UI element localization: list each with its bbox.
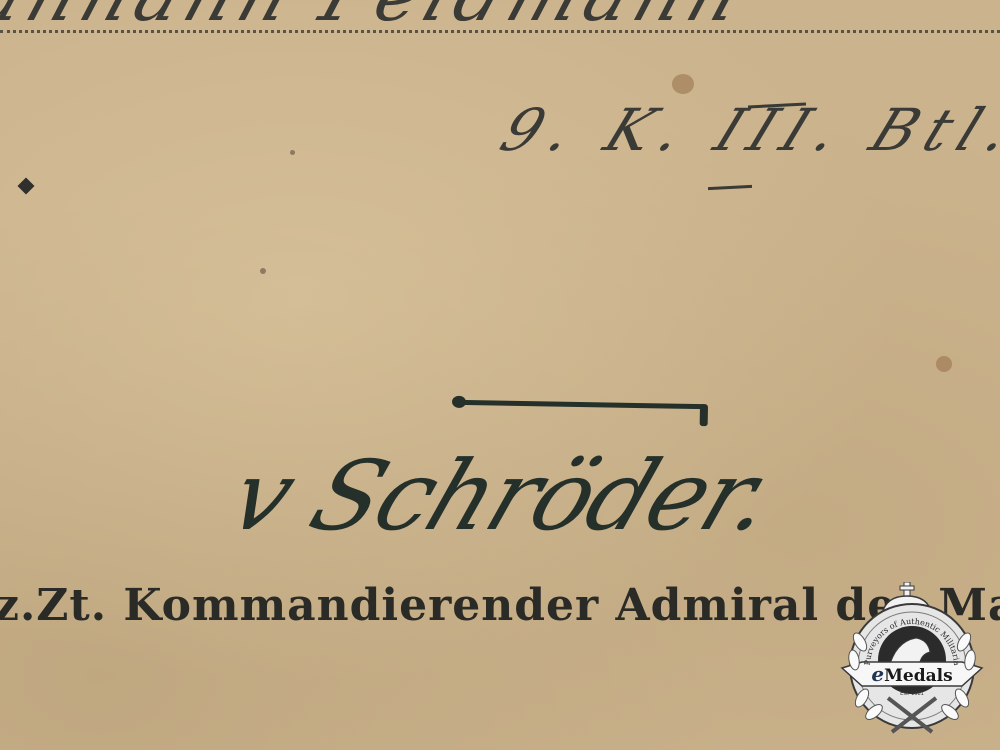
stain-mark: [936, 356, 952, 372]
dotted-rule: [0, 30, 1000, 33]
badge-emblem-icon: eMedals Est. 1981 Purveyors of Authentic…: [836, 582, 988, 738]
unit-handwriting: 9. K. III. Btl.: [491, 96, 1000, 164]
speck-mark: [290, 150, 295, 155]
speck-mark: [260, 268, 266, 274]
svg-text:Est. 1981: Est. 1981: [900, 691, 924, 697]
signature: v Schröder.: [216, 440, 789, 552]
stain-mark: [672, 74, 694, 94]
svg-text:eMedals: eMedals: [871, 662, 952, 686]
emedals-watermark-badge: eMedals Est. 1981 Purveyors of Authentic…: [836, 582, 988, 738]
